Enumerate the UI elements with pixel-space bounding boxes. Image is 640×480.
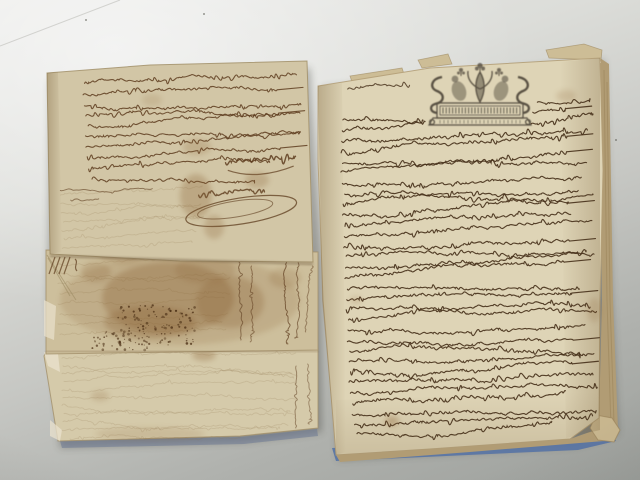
mildew-speck: [91, 347, 93, 349]
mildew-speck: [139, 310, 141, 312]
gutter-shading: [318, 83, 346, 455]
mildew-speck: [142, 325, 144, 327]
mildew-speck: [153, 311, 155, 313]
mildew-speck: [170, 332, 172, 334]
mildew-speck: [118, 341, 121, 344]
mildew-speck: [146, 336, 147, 337]
ink-stain: [556, 90, 576, 102]
mildew-speck: [112, 333, 114, 335]
stamp-trefoil: [497, 68, 501, 72]
mildew-speck: [187, 330, 189, 332]
mildew-speck: [154, 326, 155, 327]
mildew-speck: [119, 344, 121, 346]
mildew-speck: [192, 328, 193, 329]
mildew-speck: [94, 341, 96, 343]
mildew-speck: [191, 309, 192, 310]
ink-stain: [142, 94, 162, 106]
mildew-speck: [128, 306, 130, 308]
mildew-speck: [125, 324, 127, 326]
mildew-speck: [142, 328, 144, 330]
mildew-speck: [168, 325, 170, 327]
tattered-edge: [546, 44, 602, 60]
mildew-speck: [166, 324, 168, 326]
mildew-speck: [169, 341, 171, 343]
mildew-speck: [164, 333, 166, 335]
ink-stain: [104, 306, 196, 338]
mildew-speck: [140, 324, 141, 325]
mildew-speck: [186, 338, 187, 339]
mildew-speck: [141, 343, 143, 345]
mildew-speck: [144, 333, 145, 334]
mildew-speck: [142, 337, 143, 338]
mildew-speck: [188, 317, 190, 319]
mildew-speck: [165, 327, 168, 330]
manuscript-scene: [0, 0, 640, 480]
photograph-of-manuscripts: [0, 0, 640, 480]
right-manuscript-booklet: [318, 44, 620, 462]
mildew-speck: [130, 340, 132, 342]
mildew-speck: [167, 344, 168, 345]
mildew-speck: [175, 310, 176, 311]
mildew-speck: [127, 333, 130, 336]
stamp-trefoil: [475, 67, 479, 71]
mildew-speck: [145, 327, 146, 328]
stamp-trefoil: [459, 68, 463, 72]
mildew-speck: [186, 342, 189, 345]
dust-speck: [203, 13, 205, 15]
mildew-speck: [122, 312, 123, 313]
mildew-speck: [98, 342, 100, 344]
mildew-speck: [117, 337, 119, 339]
mildew-speck: [138, 308, 140, 310]
ink-stain: [81, 262, 111, 282]
mildew-speck: [134, 335, 136, 337]
left-top-document: [47, 61, 313, 262]
mildew-speck: [192, 341, 193, 342]
mildew-speck: [181, 313, 183, 315]
mildew-speck: [124, 317, 125, 318]
mildew-speck: [122, 333, 124, 335]
ink-stain: [204, 215, 224, 239]
mildew-speck: [188, 308, 190, 310]
torn-paper-edge: [44, 300, 56, 340]
mildew-speck: [148, 336, 150, 338]
mildew-speck: [122, 318, 124, 320]
mildew-speck: [162, 316, 164, 318]
mildew-speck: [141, 320, 142, 321]
mildew-speck: [177, 324, 179, 326]
ink-stain: [95, 427, 205, 441]
mildew-speck: [178, 335, 180, 337]
mildew-speck: [97, 337, 99, 339]
stamp-trefoil: [462, 72, 465, 75]
mildew-speck: [120, 329, 123, 332]
mildew-speck: [137, 327, 139, 329]
mildew-speck: [189, 319, 191, 321]
mildew-speck: [138, 337, 140, 339]
mildew-speck: [164, 337, 167, 340]
ink-stain: [587, 298, 601, 322]
stamp-lion-head: [502, 76, 509, 83]
mildew-speck: [148, 314, 150, 316]
stamp-trefoil: [500, 72, 503, 75]
mildew-speck: [178, 326, 180, 328]
stamp-base-text: [440, 120, 520, 124]
mildew-speck: [132, 349, 133, 350]
dust-speck: [85, 19, 87, 21]
mildew-speck: [143, 331, 144, 332]
mildew-speck: [184, 326, 186, 328]
mildew-speck: [156, 334, 157, 335]
mildew-speck: [99, 338, 101, 340]
ink-stain: [91, 391, 109, 401]
mildew-speck: [103, 336, 105, 338]
stamp-trefoil: [457, 72, 460, 75]
mildew-speck: [129, 347, 130, 348]
mildew-speck: [190, 343, 192, 345]
mildew-speck: [93, 337, 95, 339]
mildew-speck: [123, 330, 126, 333]
stamp-trefoil: [481, 67, 485, 71]
mildew-speck: [115, 334, 118, 337]
ink-stain: [385, 416, 399, 426]
mildew-speck: [182, 316, 183, 317]
mildew-speck: [193, 329, 195, 331]
mildew-speck: [192, 312, 193, 313]
mildew-speck: [151, 306, 153, 308]
mildew-speck: [129, 327, 130, 328]
mildew-speck: [170, 326, 173, 329]
mildew-speck: [182, 317, 183, 318]
dust-speck: [615, 139, 617, 141]
mildew-speck: [102, 343, 104, 345]
mildew-speck: [161, 333, 162, 334]
mildew-speck: [146, 347, 148, 349]
mildew-speck: [185, 314, 187, 316]
mildew-speck: [134, 319, 136, 321]
mildew-speck: [135, 342, 136, 343]
mildew-speck: [179, 321, 182, 324]
mildew-speck: [139, 329, 141, 331]
mildew-speck: [105, 333, 106, 334]
mildew-speck: [179, 319, 180, 320]
mildew-speck: [140, 305, 141, 306]
surface-seam: [0, 0, 120, 46]
mildew-speck: [169, 310, 171, 312]
mildew-speck: [148, 325, 149, 326]
mildew-speck: [138, 343, 140, 345]
mildew-speck: [106, 335, 108, 337]
mildew-speck: [130, 332, 132, 334]
mildew-speck: [123, 342, 124, 343]
mildew-speck: [111, 345, 113, 347]
left-document-packet: [44, 61, 318, 441]
mildew-speck: [162, 306, 163, 307]
ink-stain: [350, 296, 362, 304]
mildew-speck: [185, 334, 186, 335]
mildew-speck: [146, 346, 147, 347]
mildew-speck: [133, 311, 135, 313]
mildew-speck: [120, 306, 123, 309]
mildew-speck: [186, 340, 188, 342]
mildew-speck: [161, 339, 163, 341]
mildew-speck: [147, 309, 148, 310]
mildew-speck: [128, 330, 130, 332]
ink-stain: [183, 139, 211, 155]
mildew-speck: [96, 345, 98, 347]
mildew-speck: [193, 306, 196, 309]
mildew-speck: [159, 341, 161, 343]
mildew-speck: [103, 345, 105, 347]
mildew-speck: [146, 322, 149, 325]
mildew-speck: [136, 317, 139, 320]
mildew-speck: [122, 310, 124, 312]
mildew-speck: [157, 343, 158, 344]
mildew-speck: [161, 326, 163, 328]
mildew-speck: [117, 317, 119, 319]
mildew-speck: [133, 315, 136, 318]
mildew-speck: [144, 305, 146, 307]
fold-crease: [46, 351, 318, 352]
stamp-trefoil: [495, 72, 498, 75]
ink-stain: [180, 174, 212, 218]
stamp-lion-head: [452, 76, 459, 83]
tattered-edge: [418, 54, 452, 68]
mildew-speck: [165, 313, 168, 316]
mildew-speck: [148, 343, 150, 345]
mildew-speck: [152, 304, 154, 306]
mildew-speck: [124, 316, 127, 319]
mildew-speck: [156, 316, 157, 317]
mildew-speck: [124, 339, 125, 340]
mildew-speck: [144, 344, 145, 345]
mildew-speck: [192, 339, 193, 340]
mildew-speck: [106, 331, 108, 333]
ink-stain: [245, 172, 269, 188]
mildew-speck: [116, 348, 118, 350]
mildew-speck: [163, 325, 164, 326]
mildew-speck: [155, 314, 156, 315]
mildew-speck: [154, 329, 156, 331]
mildew-speck: [143, 340, 145, 342]
page-edge-shading: [560, 58, 600, 438]
